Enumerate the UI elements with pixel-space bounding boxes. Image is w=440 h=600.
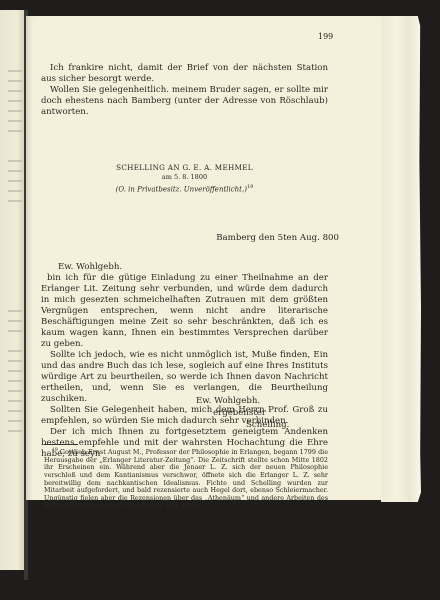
footnote-text: Gottlieb Ernst August M., Professor der … <box>44 448 328 509</box>
footnote-rule <box>44 444 78 445</box>
letter-date: am 5. 8. 1800 <box>41 173 328 182</box>
closing-salutation: Ew. Wohlgebh. <box>196 396 260 406</box>
opening-text: Ich frankire nicht, damit der Brief von … <box>41 63 328 118</box>
facing-page-edge <box>0 10 24 570</box>
paragraph: bin ich für die gütige Einladung zu eine… <box>41 273 328 350</box>
footnote: 19 Gottlieb Ernst August M., Professor d… <box>44 447 328 510</box>
paragraph: Ich frankire nicht, damit der Brief von … <box>41 63 328 85</box>
page-block-edges <box>381 16 421 502</box>
footnote-ref: 19 <box>247 184 253 190</box>
signature: Schelling. <box>246 420 289 430</box>
letter-source: (O. in Privatbesitz. Unveröffentlicht.)1… <box>41 182 328 194</box>
paragraph: Sollte ich jedoch, wie es nicht unmöglic… <box>41 350 328 405</box>
letter-heading: SCHELLING AN G. E. A. MEHMEL am 5. 8. 18… <box>41 163 328 194</box>
footnote-number: 19 <box>52 448 58 453</box>
place-date: Bamberg den 5ten Aug. 800 <box>216 233 339 243</box>
paragraph: Wollen Sie gelegenheitlich. meinem Brude… <box>41 85 328 118</box>
letter-title: SCHELLING AN G. E. A. MEHMEL <box>41 163 328 173</box>
closing-ergebenster: ergebenster <box>213 408 266 418</box>
page-number: 199 <box>318 32 333 41</box>
salutation: Ew. Wohlgebh. <box>58 262 122 272</box>
letter-body: bin ich für die gütige Einladung zu eine… <box>41 273 328 460</box>
